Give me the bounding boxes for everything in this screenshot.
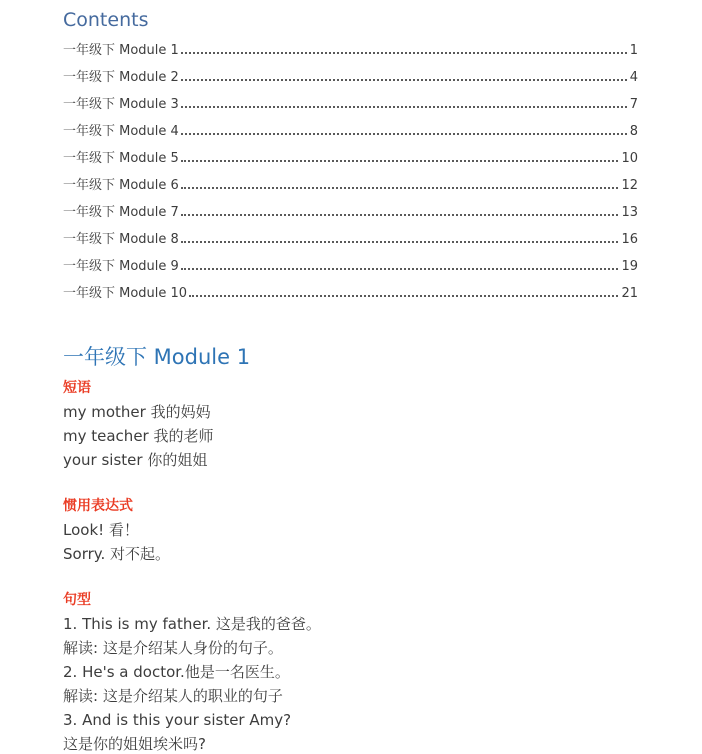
toc-page-number: 16 [621, 232, 638, 247]
sentence-patterns-block-title: 句型 [63, 588, 638, 612]
toc-entry-label: 一年级下 Module 4 [63, 120, 179, 139]
toc-dot-leader [181, 106, 627, 108]
toc-dot-leader [181, 52, 627, 54]
phrase-line: your sister 你的姐姐 [63, 448, 638, 472]
toc-page-number: 12 [621, 178, 638, 193]
toc-dot-leader [181, 241, 619, 243]
toc-dot-leader [181, 160, 619, 162]
toc-dot-leader [181, 268, 619, 270]
toc-entry-label: 一年级下 Module 1 [63, 39, 179, 58]
sentence-line: 1. This is my father. 这是我的爸爸。 [63, 612, 638, 636]
toc-page-number: 21 [621, 286, 638, 301]
toc-dot-leader [181, 214, 619, 216]
toc-page-number: 8 [630, 124, 638, 139]
expressions-block: 惯用表达式 Look! 看！ Sorry. 对不起。 [63, 494, 638, 566]
sentence-line: 解读: 这是介绍某人的职业的句子 [63, 684, 638, 708]
toc-entry[interactable]: 一年级下 Module 5 10 [63, 147, 638, 174]
toc-entry[interactable]: 一年级下 Module 10 21 [63, 282, 638, 309]
sentence-line: 这是你的姐姐埃米吗? [63, 732, 638, 754]
toc-entry-label: 一年级下 Module 2 [63, 66, 179, 85]
toc-entry[interactable]: 一年级下 Module 1 1 [63, 39, 638, 66]
phrases-block: 短语 my mother 我的妈妈 my teacher 我的老师 your s… [63, 376, 638, 472]
sentence-line: 3. And is this your sister Amy? [63, 708, 638, 732]
toc-entry[interactable]: 一年级下 Module 2 4 [63, 66, 638, 93]
sentence-line: 解读: 这是介绍某人身份的句子。 [63, 636, 638, 660]
phrase-line: my mother 我的妈妈 [63, 400, 638, 424]
toc-entry-label: 一年级下 Module 5 [63, 147, 179, 166]
toc-entry[interactable]: 一年级下 Module 9 19 [63, 255, 638, 282]
toc-entry-label: 一年级下 Module 6 [63, 174, 179, 193]
toc-page-number: 1 [630, 43, 638, 58]
toc-page-number: 19 [621, 259, 638, 274]
expression-line: Look! 看！ [63, 518, 638, 542]
toc-dot-leader [181, 187, 619, 189]
toc-entry-label: 一年级下 Module 9 [63, 255, 179, 274]
toc-title: Contents [63, 8, 638, 32]
table-of-contents: 一年级下 Module 1 1 一年级下 Module 2 4 一年级下 Mod… [63, 39, 638, 309]
toc-page-number: 13 [621, 205, 638, 220]
module-heading: 一年级下 Module 1 [63, 343, 638, 371]
toc-entry[interactable]: 一年级下 Module 4 8 [63, 120, 638, 147]
module-section: 一年级下 Module 1 短语 my mother 我的妈妈 my teach… [63, 343, 638, 754]
sentence-line: 2. He's a doctor.他是一名医生。 [63, 660, 638, 684]
phrase-line: my teacher 我的老师 [63, 424, 638, 448]
toc-dot-leader [181, 133, 627, 135]
toc-entry-label: 一年级下 Module 3 [63, 93, 179, 112]
expressions-block-title: 惯用表达式 [63, 494, 638, 518]
toc-page-number: 10 [621, 151, 638, 166]
toc-entry[interactable]: 一年级下 Module 8 16 [63, 228, 638, 255]
toc-entry-label: 一年级下 Module 7 [63, 201, 179, 220]
toc-entry[interactable]: 一年级下 Module 3 7 [63, 93, 638, 120]
toc-entry[interactable]: 一年级下 Module 7 13 [63, 201, 638, 228]
toc-page-number: 7 [630, 97, 638, 112]
toc-entry-label: 一年级下 Module 8 [63, 228, 179, 247]
toc-page-number: 4 [630, 70, 638, 85]
toc-dot-leader [181, 79, 627, 81]
document-page: Contents 一年级下 Module 1 1 一年级下 Module 2 4… [0, 0, 702, 754]
phrases-block-title: 短语 [63, 376, 638, 400]
sentence-patterns-block: 句型 1. This is my father. 这是我的爸爸。 解读: 这是介… [63, 588, 638, 754]
toc-entry-label: 一年级下 Module 10 [63, 282, 187, 301]
toc-dot-leader [189, 295, 618, 297]
expression-line: Sorry. 对不起。 [63, 542, 638, 566]
toc-entry[interactable]: 一年级下 Module 6 12 [63, 174, 638, 201]
